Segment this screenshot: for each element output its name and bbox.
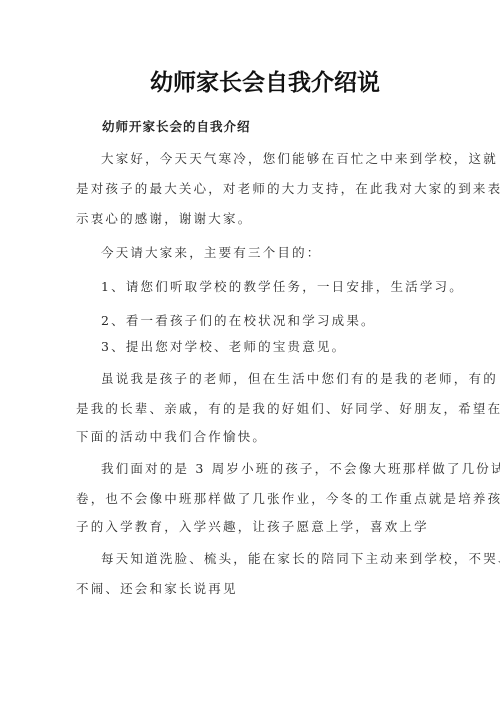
- body-text-line: 子的入学教育，入学兴趣，让孩子愿意上学，喜欢上学: [76, 517, 429, 535]
- body-text-line: 示衷心的感谢，谢谢大家。: [76, 209, 252, 227]
- body-text-line: 不闹、还会和家长说再见: [76, 579, 238, 597]
- body-text-line: 我们面对的是 3 周岁小班的孩子，不会像大班那样做了几份试: [101, 459, 500, 477]
- body-text-line: 是我的长辈、亲戚，有的是我的好姐们、好同学、好朋友，希望在: [76, 399, 500, 417]
- body-text-line: 每天知道洗脸、梳头，能在家长的陪同下主动来到学校，不哭、: [101, 549, 500, 567]
- body-text-line: 是对孩子的最大关心，对老师的大力支持，在此我对大家的到来表: [76, 179, 500, 197]
- body-text-line: 3、提出您对学校、老师的宝贵意见。: [101, 337, 346, 355]
- document-page: 幼师家长会自我介绍说 幼师开家长会的自我介绍 大家好，今天天气寒冷，您们能够在百…: [0, 0, 500, 708]
- body-text-line: 1、请您们听取学校的教学任务，一日安排，生活学习。: [101, 277, 464, 295]
- body-text-line: 大家好，今天天气寒冷，您们能够在百忙之中来到学校，这就: [101, 149, 498, 167]
- body-text-line: 卷，也不会像中班那样做了几张作业，今冬的工作重点就是培养孩: [76, 489, 500, 507]
- body-text-line: 2、看一看孩子们的在校状况和学习成果。: [101, 311, 376, 329]
- body-text-line: 今天请大家来，主要有三个目的：: [101, 243, 322, 261]
- body-text-line: 虽说我是孩子的老师，但在生活中您们有的是我的老师，有的: [101, 369, 498, 387]
- body-text-line: 下面的活动中我们合作愉快。: [76, 427, 267, 445]
- document-title: 幼师家长会自我介绍说: [0, 64, 500, 97]
- document-subtitle: 幼师开家长会的自我介绍: [102, 117, 251, 135]
